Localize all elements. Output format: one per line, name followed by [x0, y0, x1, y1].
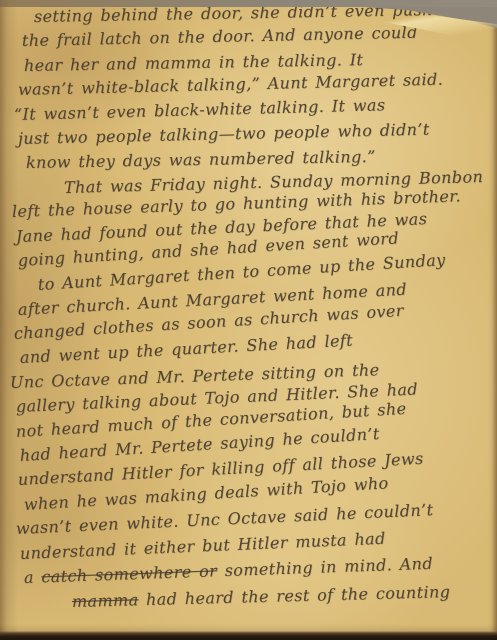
- handwriting-text-block: setting behind the door, she didn’t even…: [8, 7, 493, 630]
- scan-edge-bottom: [0, 631, 497, 640]
- scan-edge-right: [492, 0, 497, 640]
- handwritten-text: a: [24, 567, 42, 587]
- scan-edge-top: [0, 0, 497, 7]
- manuscript-page: setting behind the door, she didn’t even…: [0, 0, 497, 640]
- struck-out-text: mamma: [72, 591, 139, 612]
